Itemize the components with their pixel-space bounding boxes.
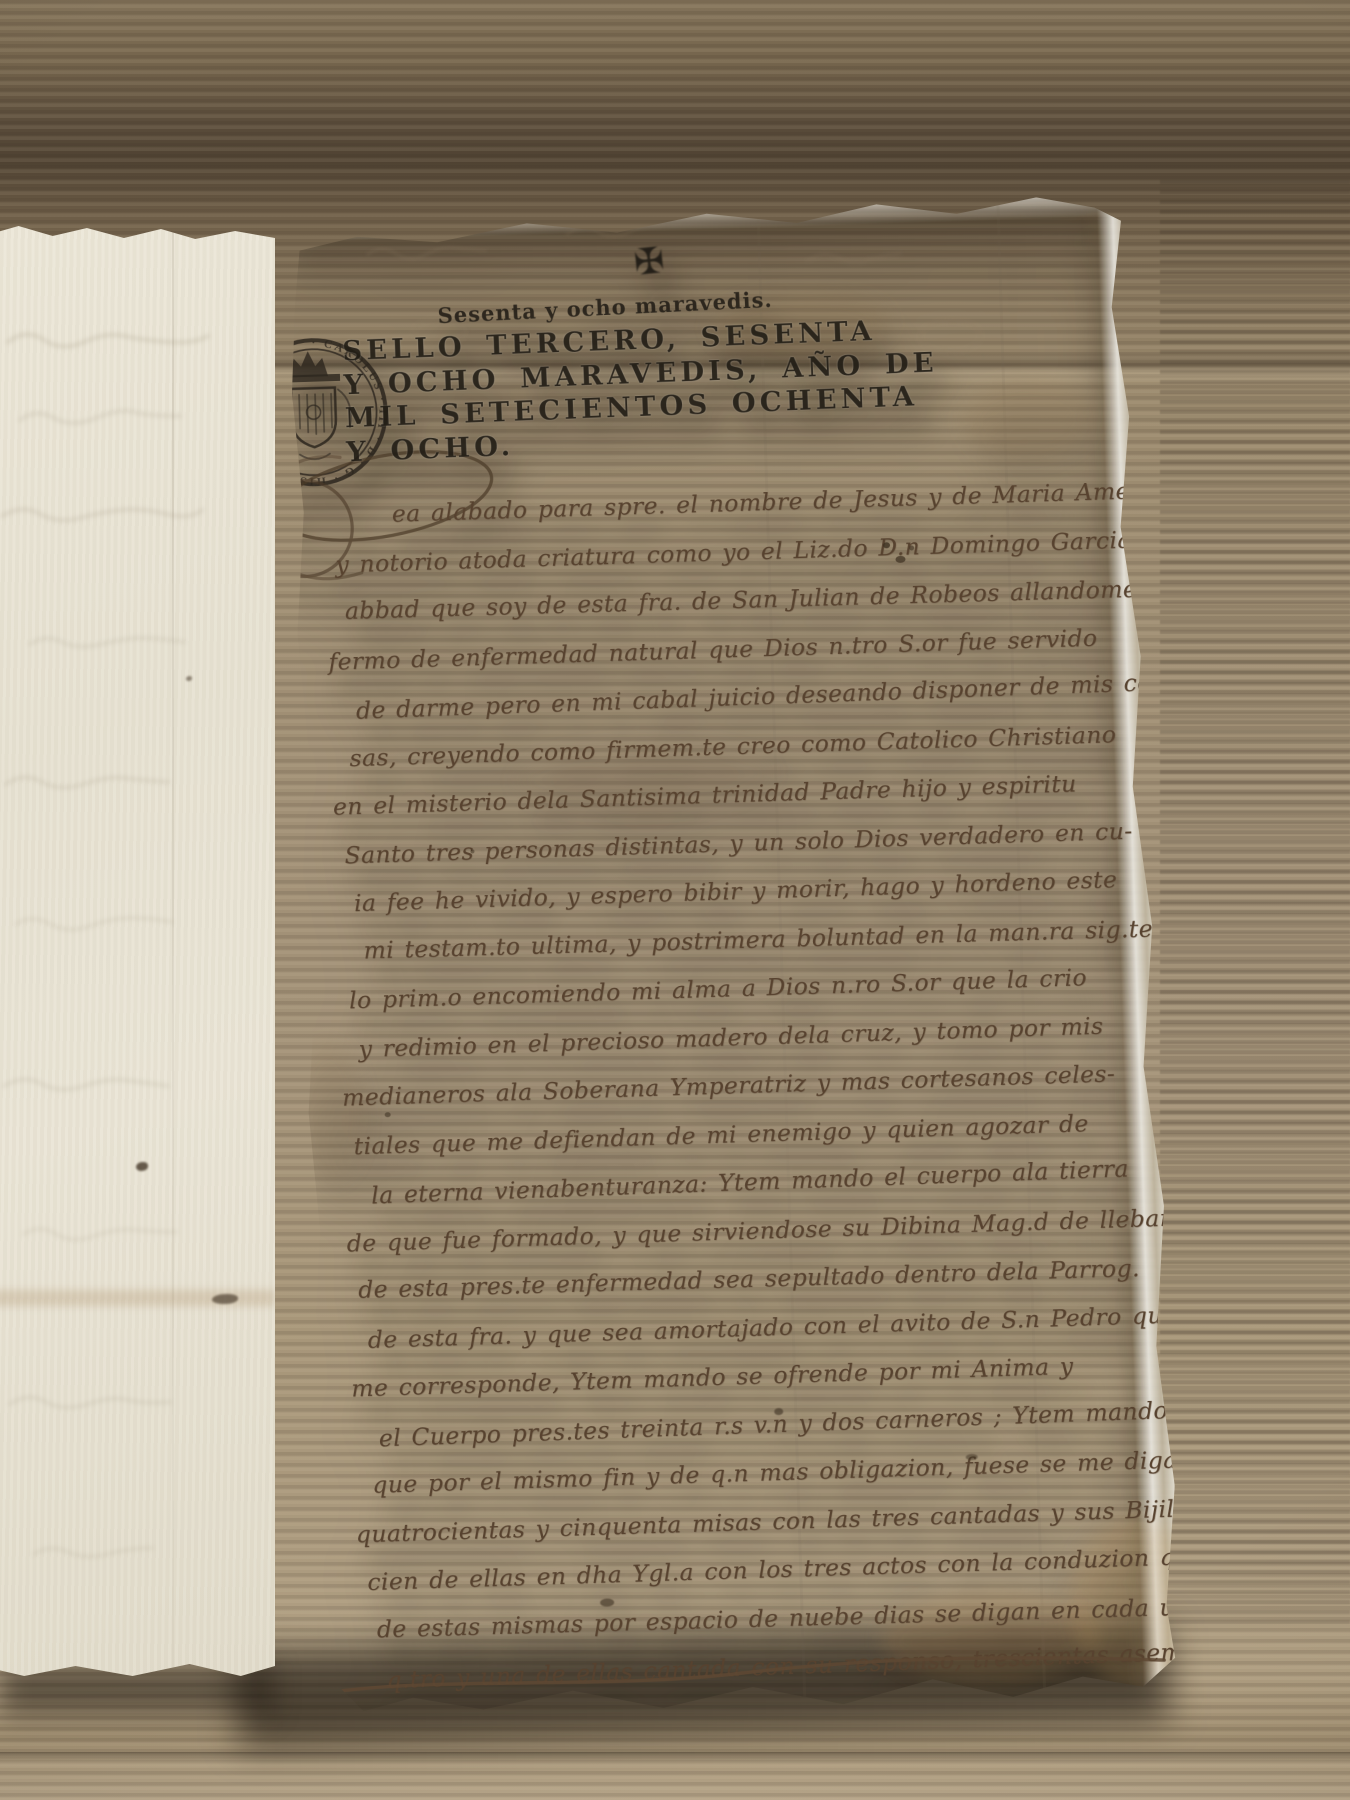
cardboard-corrugation <box>1160 180 1350 1630</box>
sello-heading: SELLO TERCERO, SESENTA Y OCHO MARAVEDIS,… <box>342 313 941 470</box>
ghost-writing <box>0 224 275 1676</box>
manuscript-page: · CAROLUS · III · D · G · HISP · ✠ Sesen… <box>236 186 1185 1734</box>
handwritten-text: ea alabado para spre. el nombre de Jesus… <box>323 467 1167 1704</box>
printed-cross-icon: ✠ <box>632 240 666 284</box>
left-page-fold-line <box>172 224 174 1676</box>
underlying-page <box>0 224 275 1676</box>
photo-scene: · CAROLUS · III · D · G · HISP · ✠ Sesen… <box>0 0 1350 1800</box>
cardboard-bottom-crease <box>0 1752 1350 1768</box>
ink-speck <box>470 849 474 853</box>
